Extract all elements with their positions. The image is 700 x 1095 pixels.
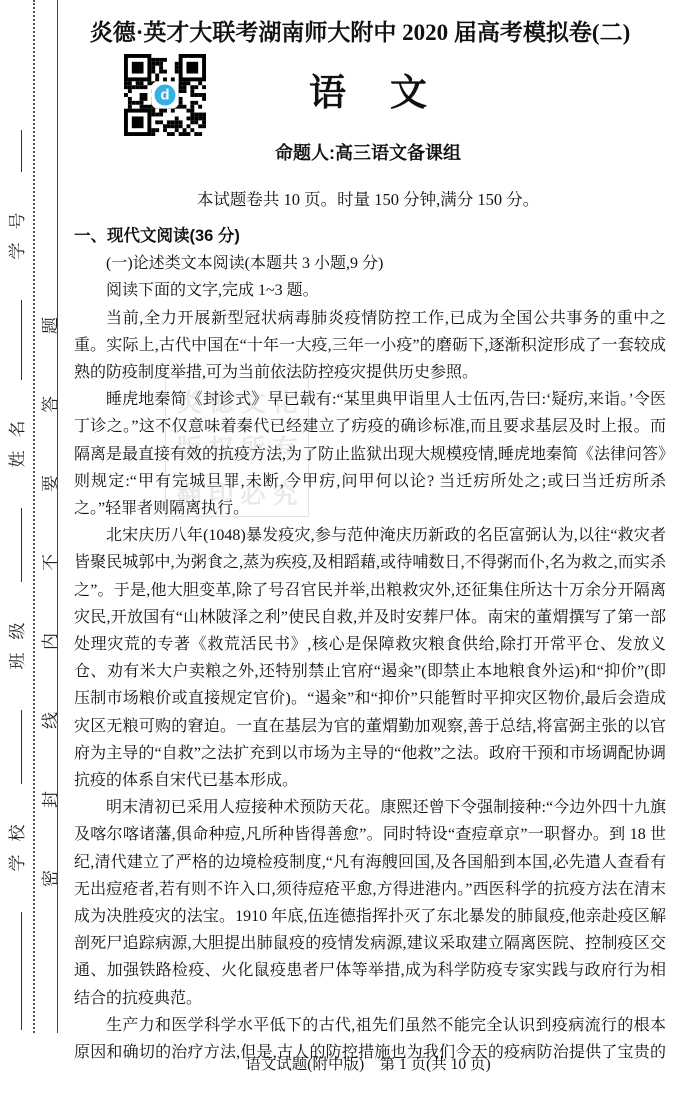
seal-dotted-line: [33, 0, 35, 1033]
fill-line: [21, 912, 22, 1030]
fill-line: [21, 130, 22, 172]
fill-line: [21, 710, 22, 784]
passage-paragraph: 北宋庆历八年(1048)暴发疫灾,参与范仲淹庆历新政的名臣富弼认为,以往“救灾者…: [74, 522, 666, 794]
passage-paragraph: 明末清初已采用人痘接种术预防天花。康熙还曾下令强制接种:“今边外四十九旗及喀尔喀…: [74, 794, 666, 1012]
reading-instruction: 阅读下面的文字,完成 1~3 题。: [74, 277, 666, 304]
field-label-class: 班级: [3, 610, 28, 683]
passage-paragraph: 当前,全力开展新型冠状病毒肺炎疫情防控工作,已成为全国公共事务的重中之重。实际上…: [74, 305, 666, 387]
student-info-fields: 学校 班级 姓名 学号: [4, 130, 26, 1030]
subsection-heading: (一)论述类文本阅读(本题共 3 小题,9 分): [74, 250, 666, 277]
qr-code: d: [124, 54, 206, 136]
section-heading: 一、现代文阅读(36 分): [74, 223, 666, 250]
field-label-student-number: 学号: [3, 200, 28, 273]
fill-line: [21, 300, 22, 380]
fill-line: [21, 508, 22, 582]
subject-char: 文: [390, 72, 427, 113]
subject-char: 语: [309, 72, 346, 113]
margin-divider-line: [57, 0, 58, 1033]
seal-warning-text: 密封线内不要答题: [36, 241, 56, 901]
exam-info-line: 本试题卷共 10 页。时量 150 分钟,满分 150 分。: [70, 186, 666, 210]
passage-paragraph: 睡虎地秦简《封诊式》早已载有:“某里典甲诣里人士伍丙,告曰:‘疑疠,来诣。’令医…: [74, 386, 666, 522]
exam-page: 学校 班级 姓名 学号 密封线内不要答题 炎德文化 版权所有 翻印必究 炎德·英…: [0, 0, 700, 1095]
qr-logo-letter: d: [155, 85, 176, 106]
exam-body: 一、现代文阅读(36 分) (一)论述类文本阅读(本题共 3 小题,9 分) 阅…: [74, 223, 666, 1066]
setter-line: 命题人:高三语文备课组: [70, 139, 666, 165]
exam-series-title: 炎德·英才大联考湖南师大附中 2020 届高考模拟卷(二): [54, 14, 666, 47]
qr-center-logo: d: [152, 82, 179, 109]
field-label-school: 学校: [3, 812, 28, 885]
page-footer: 语文试题(附中版) 第 1 页(共 10 页): [70, 1052, 666, 1074]
field-label-name: 姓名: [3, 408, 28, 481]
